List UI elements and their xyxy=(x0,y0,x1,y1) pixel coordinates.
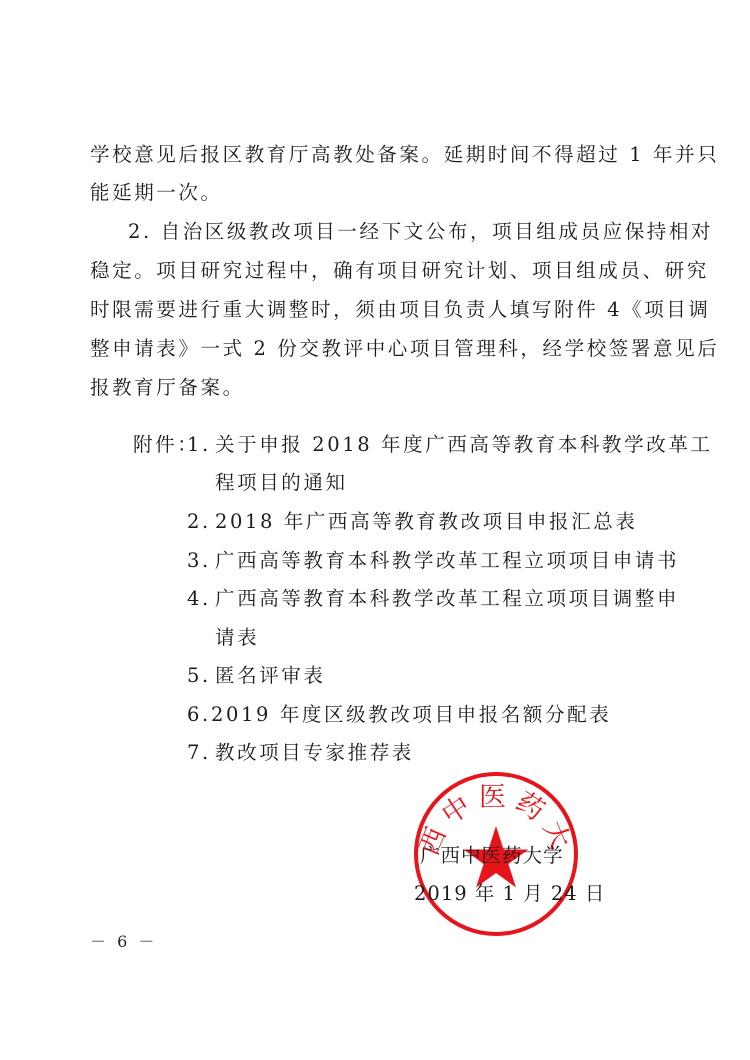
attachment-number: 1. xyxy=(187,433,211,457)
signature-organization: 广西中医药大学 xyxy=(420,844,564,868)
attachment-title: 程项目的通知 xyxy=(215,471,348,495)
attachment-number: 6. xyxy=(187,703,211,727)
signature-date: 2019 年 1 月 24 日 xyxy=(414,882,605,906)
attachment-title: 2019 年度区级教改项目申报名额分配表 xyxy=(211,703,611,727)
attachment-number: 3. xyxy=(187,549,211,573)
paragraph-line: 稳定。项目研究过程中，确有项目研究计划、项目组成员、研究 xyxy=(90,259,709,283)
page-number: － 6 － xyxy=(90,932,157,952)
attachment-title: 匿名评审表 xyxy=(215,664,326,688)
paragraph-line: 能延期一次。 xyxy=(90,181,223,205)
attachment-number: 7. xyxy=(187,741,211,765)
attachment-title: 关于申报 2018 年度广西高等教育本科教学改革工 xyxy=(215,433,713,457)
attachment-number: 2. xyxy=(187,510,211,534)
attachment-title: 教改项目专家推荐表 xyxy=(215,741,414,765)
paragraph-line: 整申请表》一式 2 份交教评中心项目管理科，经学校签署意见后 xyxy=(90,337,719,361)
paragraph-line: 报教育厅备案。 xyxy=(90,376,245,400)
document-page: 学校意见后报区教育厅高教处备案。延期时间不得超过 1 年并只 能延期一次。 2.… xyxy=(0,0,750,1060)
paragraph-line: 时限需要进行重大调整时，须由项目负责人填写附件 4《项目调 xyxy=(90,298,711,322)
attachment-title: 广西高等教育本科教学改革工程立项项目调整申 xyxy=(215,587,679,611)
attachment-title: 广西高等教育本科教学改革工程立项项目申请书 xyxy=(215,549,679,573)
attachment-title: 2018 年广西高等教育教改项目申报汇总表 xyxy=(215,510,637,534)
attachment-title: 请表 xyxy=(215,626,259,650)
attachment-number: 4. xyxy=(187,587,211,611)
attachment-number: 5. xyxy=(187,664,211,688)
paragraph-line: 2. 自治区级教改项目一经下文公布，项目组成员应保持相对 xyxy=(128,220,713,244)
paragraph-line: 学校意见后报区教育厅高教处备案。延期时间不得超过 1 年并只 xyxy=(90,143,719,167)
